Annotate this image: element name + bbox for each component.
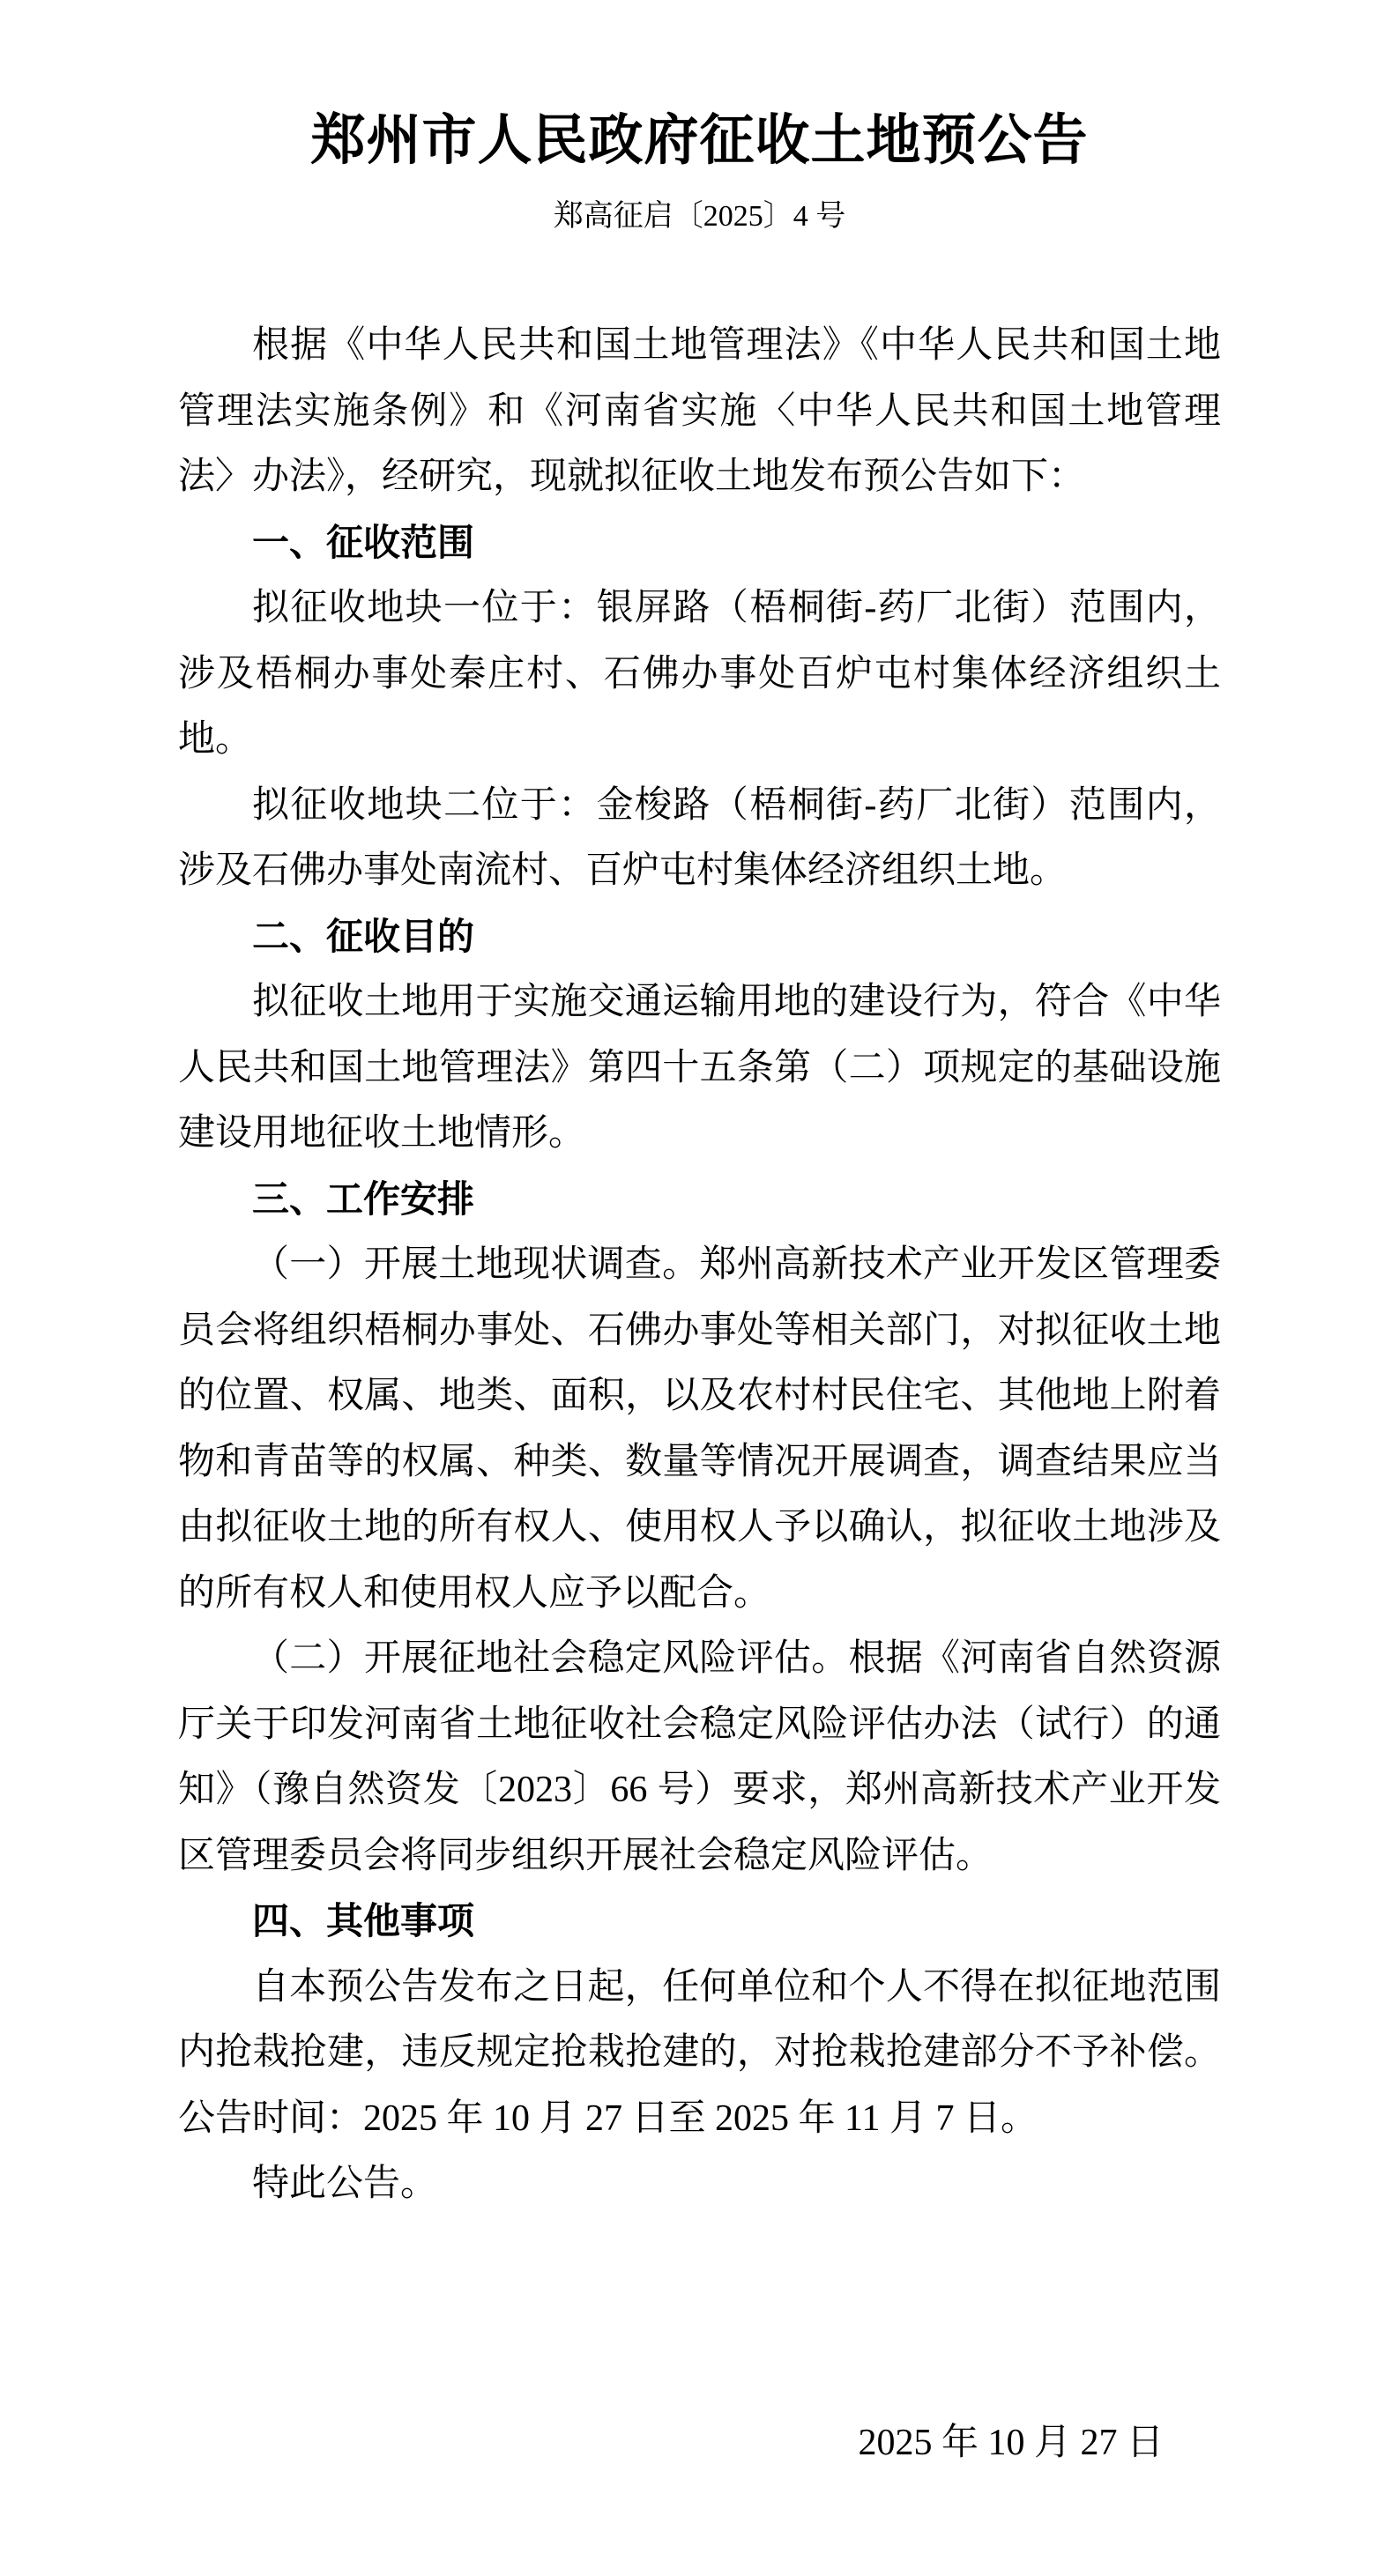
paragraph: 自本预公告发布之日起，任何单位和个人不得在拟征地范围内抢栽抢建，违反规定抢栽抢建… <box>178 1955 1221 2152</box>
section-heading: 四、其他事项 <box>178 1889 1221 1955</box>
announcement-page: 郑州市人民政府征收土地预公告 郑高征启〔2025〕4 号 根据《中华人民共和国土… <box>0 0 1399 2576</box>
section-heading: 一、征收范围 <box>178 510 1221 576</box>
paragraph: （二）开展征地社会稳定风险评估。根据《河南省自然资源厅关于印发河南省土地征收社会… <box>178 1626 1221 1889</box>
paragraph: 特此公告。 <box>178 2151 1221 2217</box>
paragraph: 拟征收地块一位于：银屏路（梧桐街-药厂北街）范围内，涉及梧桐办事处秦庄村、石佛办… <box>178 575 1221 773</box>
paragraph: （一）开展土地现状调查。郑州高新技术产业开发区管理委员会将组织梧桐办事处、石佛办… <box>178 1232 1221 1626</box>
paragraph: 拟征收地块二位于：金梭路（梧桐街-药厂北街）范围内，涉及石佛办事处南流村、百炉屯… <box>178 773 1221 904</box>
section-heading: 二、征收目的 <box>178 904 1221 970</box>
section-heading: 三、工作安排 <box>178 1167 1221 1233</box>
doc-number: 郑高征启〔2025〕4 号 <box>178 199 1221 235</box>
issue-date: 2025 年 10 月 27 日 <box>178 2416 1221 2469</box>
page-title: 郑州市人民政府征收土地预公告 <box>178 110 1221 173</box>
paragraph: 根据《中华人民共和国土地管理法》《中华人民共和国土地管理法实施条例》和《河南省实… <box>178 313 1221 510</box>
document-body: 根据《中华人民共和国土地管理法》《中华人民共和国土地管理法实施条例》和《河南省实… <box>178 313 1221 2217</box>
paragraph: 拟征收土地用于实施交通运输用地的建设行为，符合《中华人民共和国土地管理法》第四十… <box>178 969 1221 1167</box>
